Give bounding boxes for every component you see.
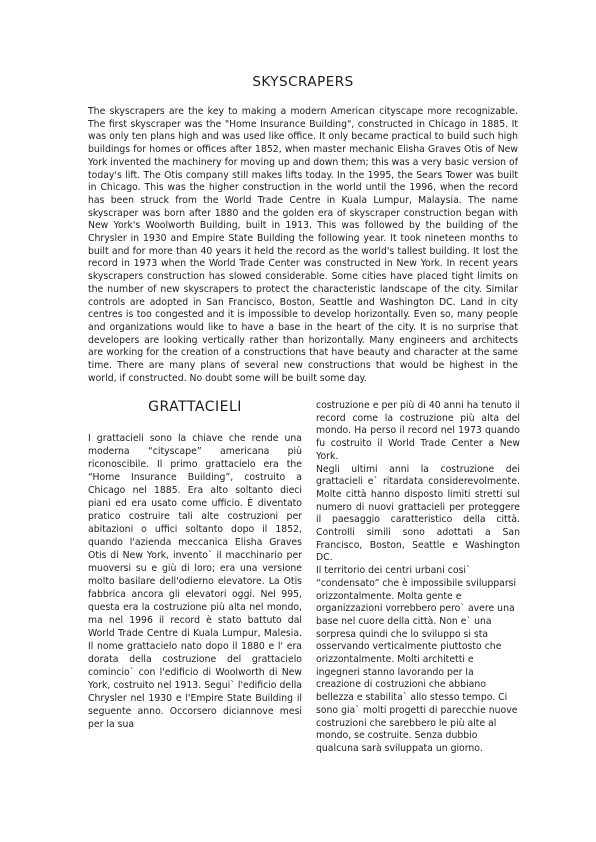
- italian-paragraph-1: costruzione e per più di 40 anni ha tenu…: [316, 400, 520, 464]
- english-paragraph: The skyscrapers are the key to making a …: [88, 106, 518, 385]
- italian-title: GRATTACIELI: [88, 399, 302, 415]
- italian-paragraph-2: Negli ultimi anni la costruzione dei gra…: [316, 464, 520, 566]
- italian-column-left: I grattacieli sono la chiave che rende u…: [88, 432, 302, 731]
- english-title: SKYSCRAPERS: [88, 74, 518, 90]
- italian-column-right: costruzione e per più di 40 anni ha tenu…: [316, 400, 520, 756]
- document-page: SKYSCRAPERS The skyscrapers are the key …: [0, 0, 596, 842]
- italian-paragraph-3: Il territorio dei centri urbani cosi` “c…: [316, 565, 520, 756]
